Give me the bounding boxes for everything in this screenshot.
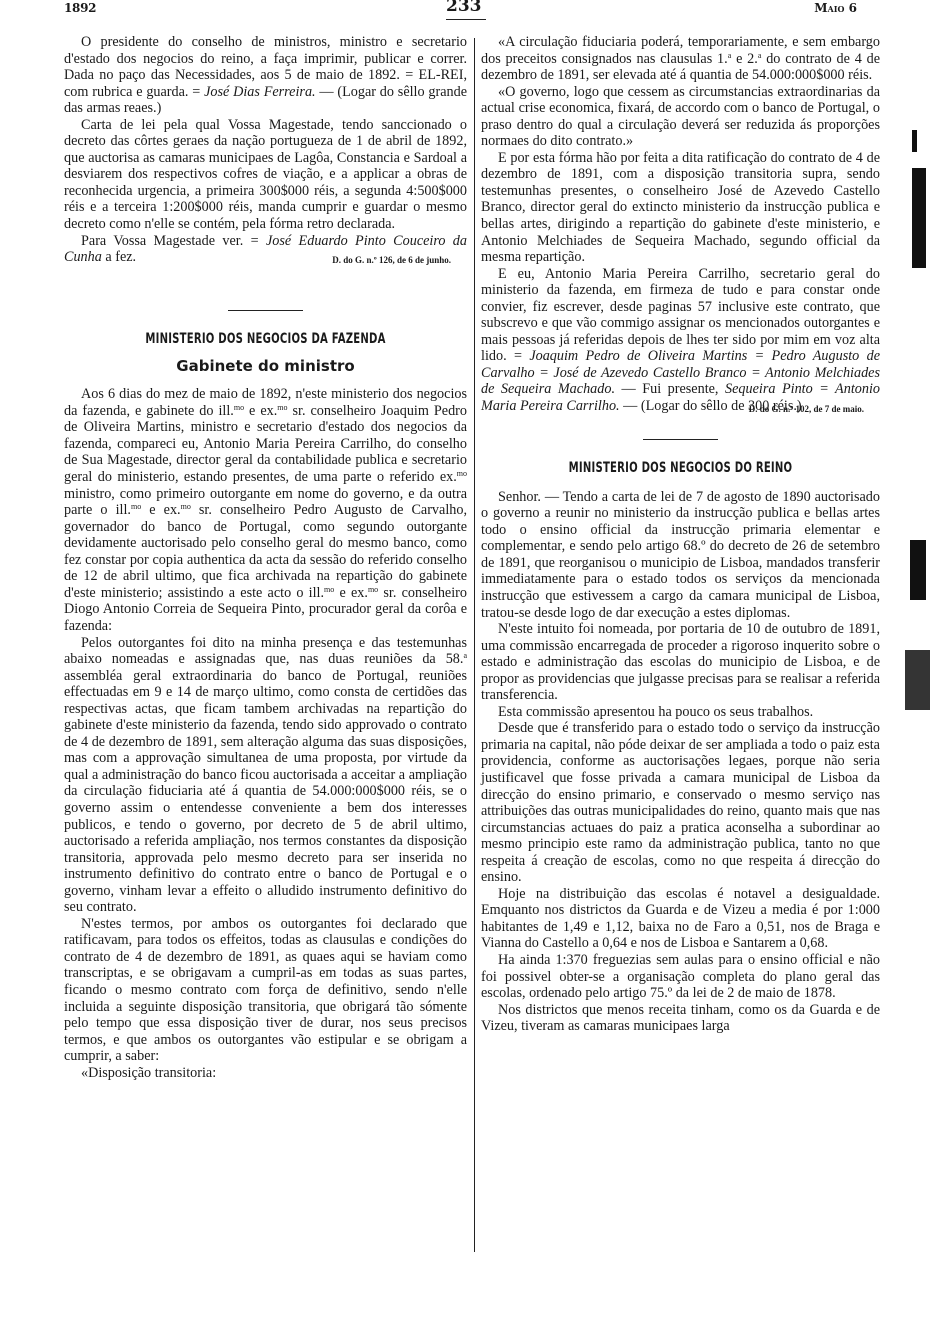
page-number: 233 [446,0,482,16]
paragraph: «Disposição transitoria: [64,1065,467,1082]
column-divider [474,38,475,1252]
scan-artifact [910,540,926,600]
paragraph: N'este intuito foi nomeada, por portaria… [481,621,880,704]
scan-artifact [912,168,926,268]
scan-artifact [905,650,930,710]
right-column: «A circulação fiduciaria poderá, tempora… [481,34,880,1035]
paragraph: Pelos outorgantes foi dito na minha pres… [64,635,467,916]
paragraph: N'estes termos, por ambos os outorgantes… [64,916,467,1065]
paragraph: Ha ainda 1:370 freguezias sem aulas para… [481,952,880,1002]
paragraph: Esta commissão apresentou ha pouco os se… [481,704,880,721]
page-header: 1892 233 Maio 6 [0,0,930,24]
paragraph: «O governo, logo que cessem as circumsta… [481,84,880,150]
paragraph: E por esta fórma hão por feita a dita ra… [481,150,880,266]
section-title: MINISTERIO DOS NEGOCIOS DA FAZENDA [120,331,410,348]
paragraph: Desde que é transferido para o estado to… [481,720,880,885]
section-subtitle: Gabinete do ministro [64,358,467,375]
paragraph: O presidente do conselho de ministros, m… [64,34,467,117]
scan-artifact [912,130,917,152]
paragraph: «A circulação fiduciaria poderá, tempora… [481,34,880,84]
page-number-rule [446,19,486,20]
left-column: O presidente do conselho de ministros, m… [64,34,467,1081]
paragraph: Nos districtos que menos receita tinham,… [481,1002,880,1035]
paragraph: Hoje na distribuição das escolas é notav… [481,886,880,952]
signature: José Dias Ferreira. [204,84,316,100]
paragraph: Senhor. — Tendo a carta de lei de 7 de a… [481,489,880,621]
gazette-page: 1892 233 Maio 6 O presidente do conselho… [0,0,930,1327]
header-date: Maio 6 [814,1,857,15]
paragraph: Aos 6 dias do mez de maio de 1892, n'est… [64,386,467,634]
paragraph: E eu, Antonio Maria Pereira Carrilho, se… [481,266,880,415]
header-year: 1892 [64,1,96,15]
section-title: MINISTERIO DOS NEGOCIOS DO REINO [537,460,824,477]
paragraph: Carta de lei pela qual Vossa Magestade, … [64,117,467,233]
